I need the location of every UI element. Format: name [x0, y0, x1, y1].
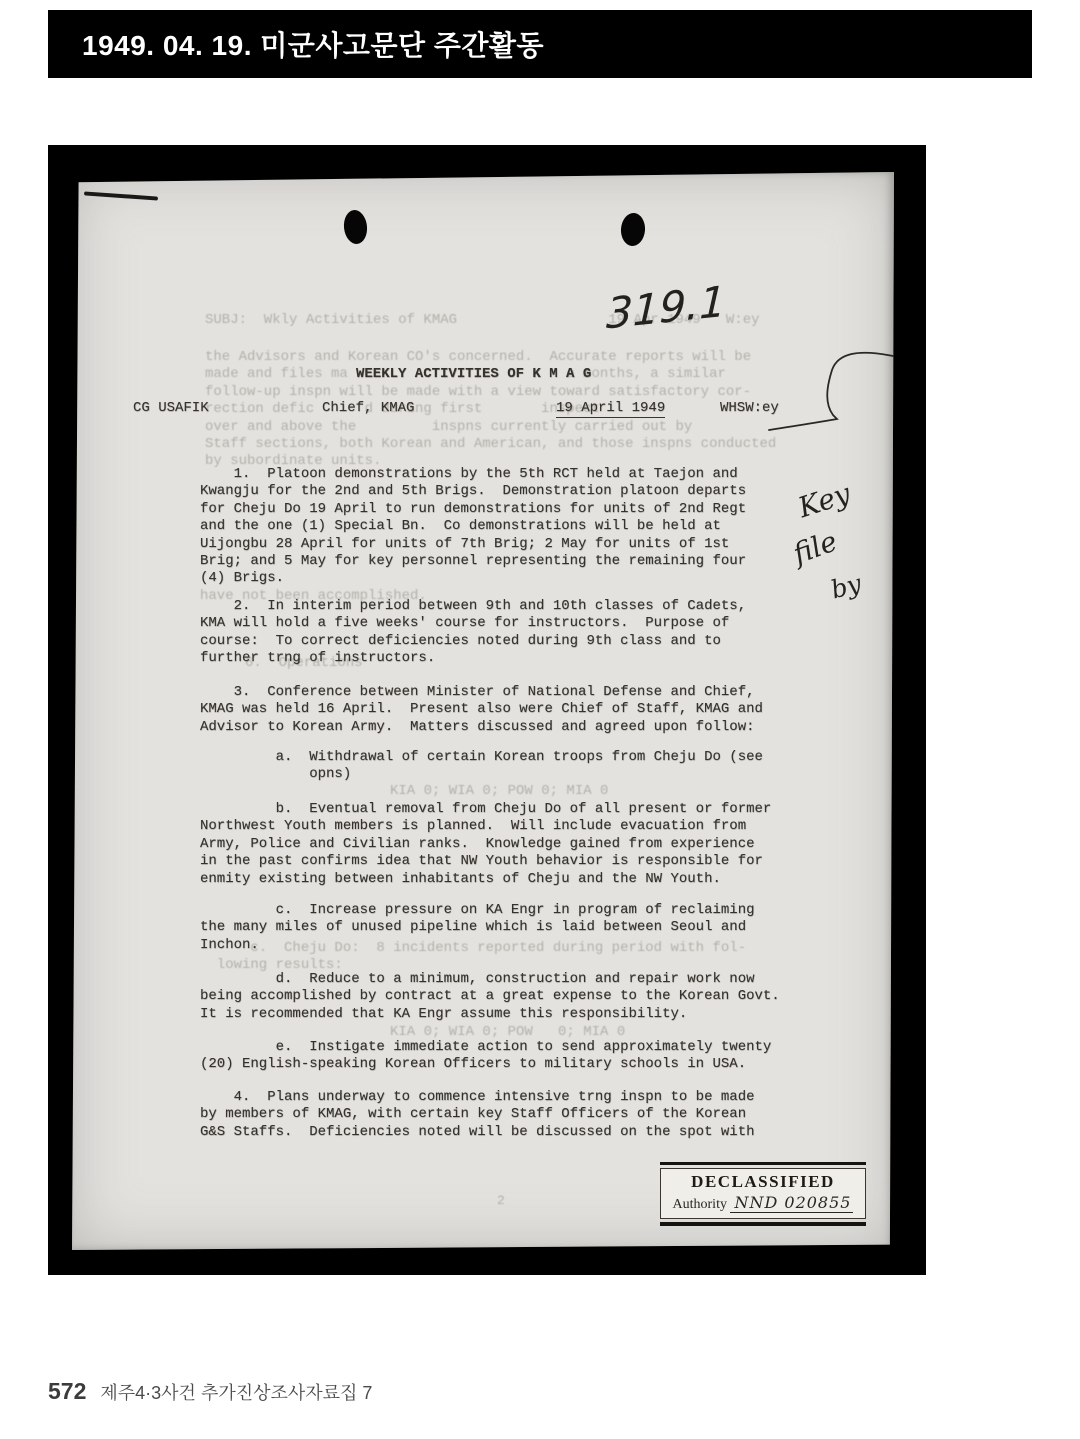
stamp-authority-value: NND 020855 — [730, 1193, 853, 1213]
ghost-stat-row-1: KIA 0; WIA 0; POW 0; MIA 0 — [390, 783, 608, 800]
stamp-authority-label: Authority — [673, 1197, 727, 1212]
declassified-stamp-inner: DECLASSIFIED Authority NND 020855 — [660, 1168, 866, 1219]
paragraph-2: 2. In interim period between 9th and 10t… — [200, 598, 746, 668]
paragraph-3c: c. Increase pressure on KA Engr in progr… — [200, 902, 755, 954]
paragraph-3: 3. Conference between Minister of Nation… — [200, 684, 763, 736]
stamp-authority-line: Authority NND 020855 — [667, 1193, 859, 1213]
paragraph-3b: b. Eventual removal from Cheju Do of all… — [200, 801, 771, 888]
address-date-underline: 19 April 1949 — [556, 400, 665, 418]
paragraph-4: 4. Plans underway to commence intensive … — [200, 1089, 755, 1141]
address-date: 19 April 1949 — [556, 400, 665, 417]
page: 1949. 04. 19. 미군사고문단 주간활동 SUBJ: Wkly Act… — [0, 0, 1080, 1439]
document-title: WEEKLY ACTIVITIES OF K M A G — [356, 366, 591, 383]
paragraph-1: 1. Platoon demonstrations by the 5th RCT… — [200, 466, 746, 588]
footer-page-number: 572 — [48, 1378, 86, 1405]
page-number-ghost: 2 — [497, 1192, 505, 1209]
paragraph-3e: e. Instigate immediate action to send ap… — [200, 1039, 771, 1074]
banner-title: 1949. 04. 19. 미군사고문단 주간활동 — [48, 24, 544, 64]
footer-book-title: 제주4·3사건 추가진상조사자료집 7 — [100, 1379, 372, 1405]
address-from: Chief, KMAG — [322, 400, 414, 417]
footer: 572 제주4·3사건 추가진상조사자료집 7 — [48, 1378, 372, 1405]
address-to: CG USAFIK — [133, 400, 209, 417]
margin-curve-mark — [758, 338, 918, 442]
banner: 1949. 04. 19. 미군사고문단 주간활동 — [48, 10, 1032, 78]
paragraph-3d: d. Reduce to a minimum, construction and… — [200, 971, 780, 1023]
stamp-title: DECLASSIFIED — [667, 1172, 859, 1192]
paragraph-3a: a. Withdrawal of certain Korean troops f… — [200, 749, 763, 784]
declassified-stamp: DECLASSIFIED Authority NND 020855 — [660, 1162, 866, 1226]
